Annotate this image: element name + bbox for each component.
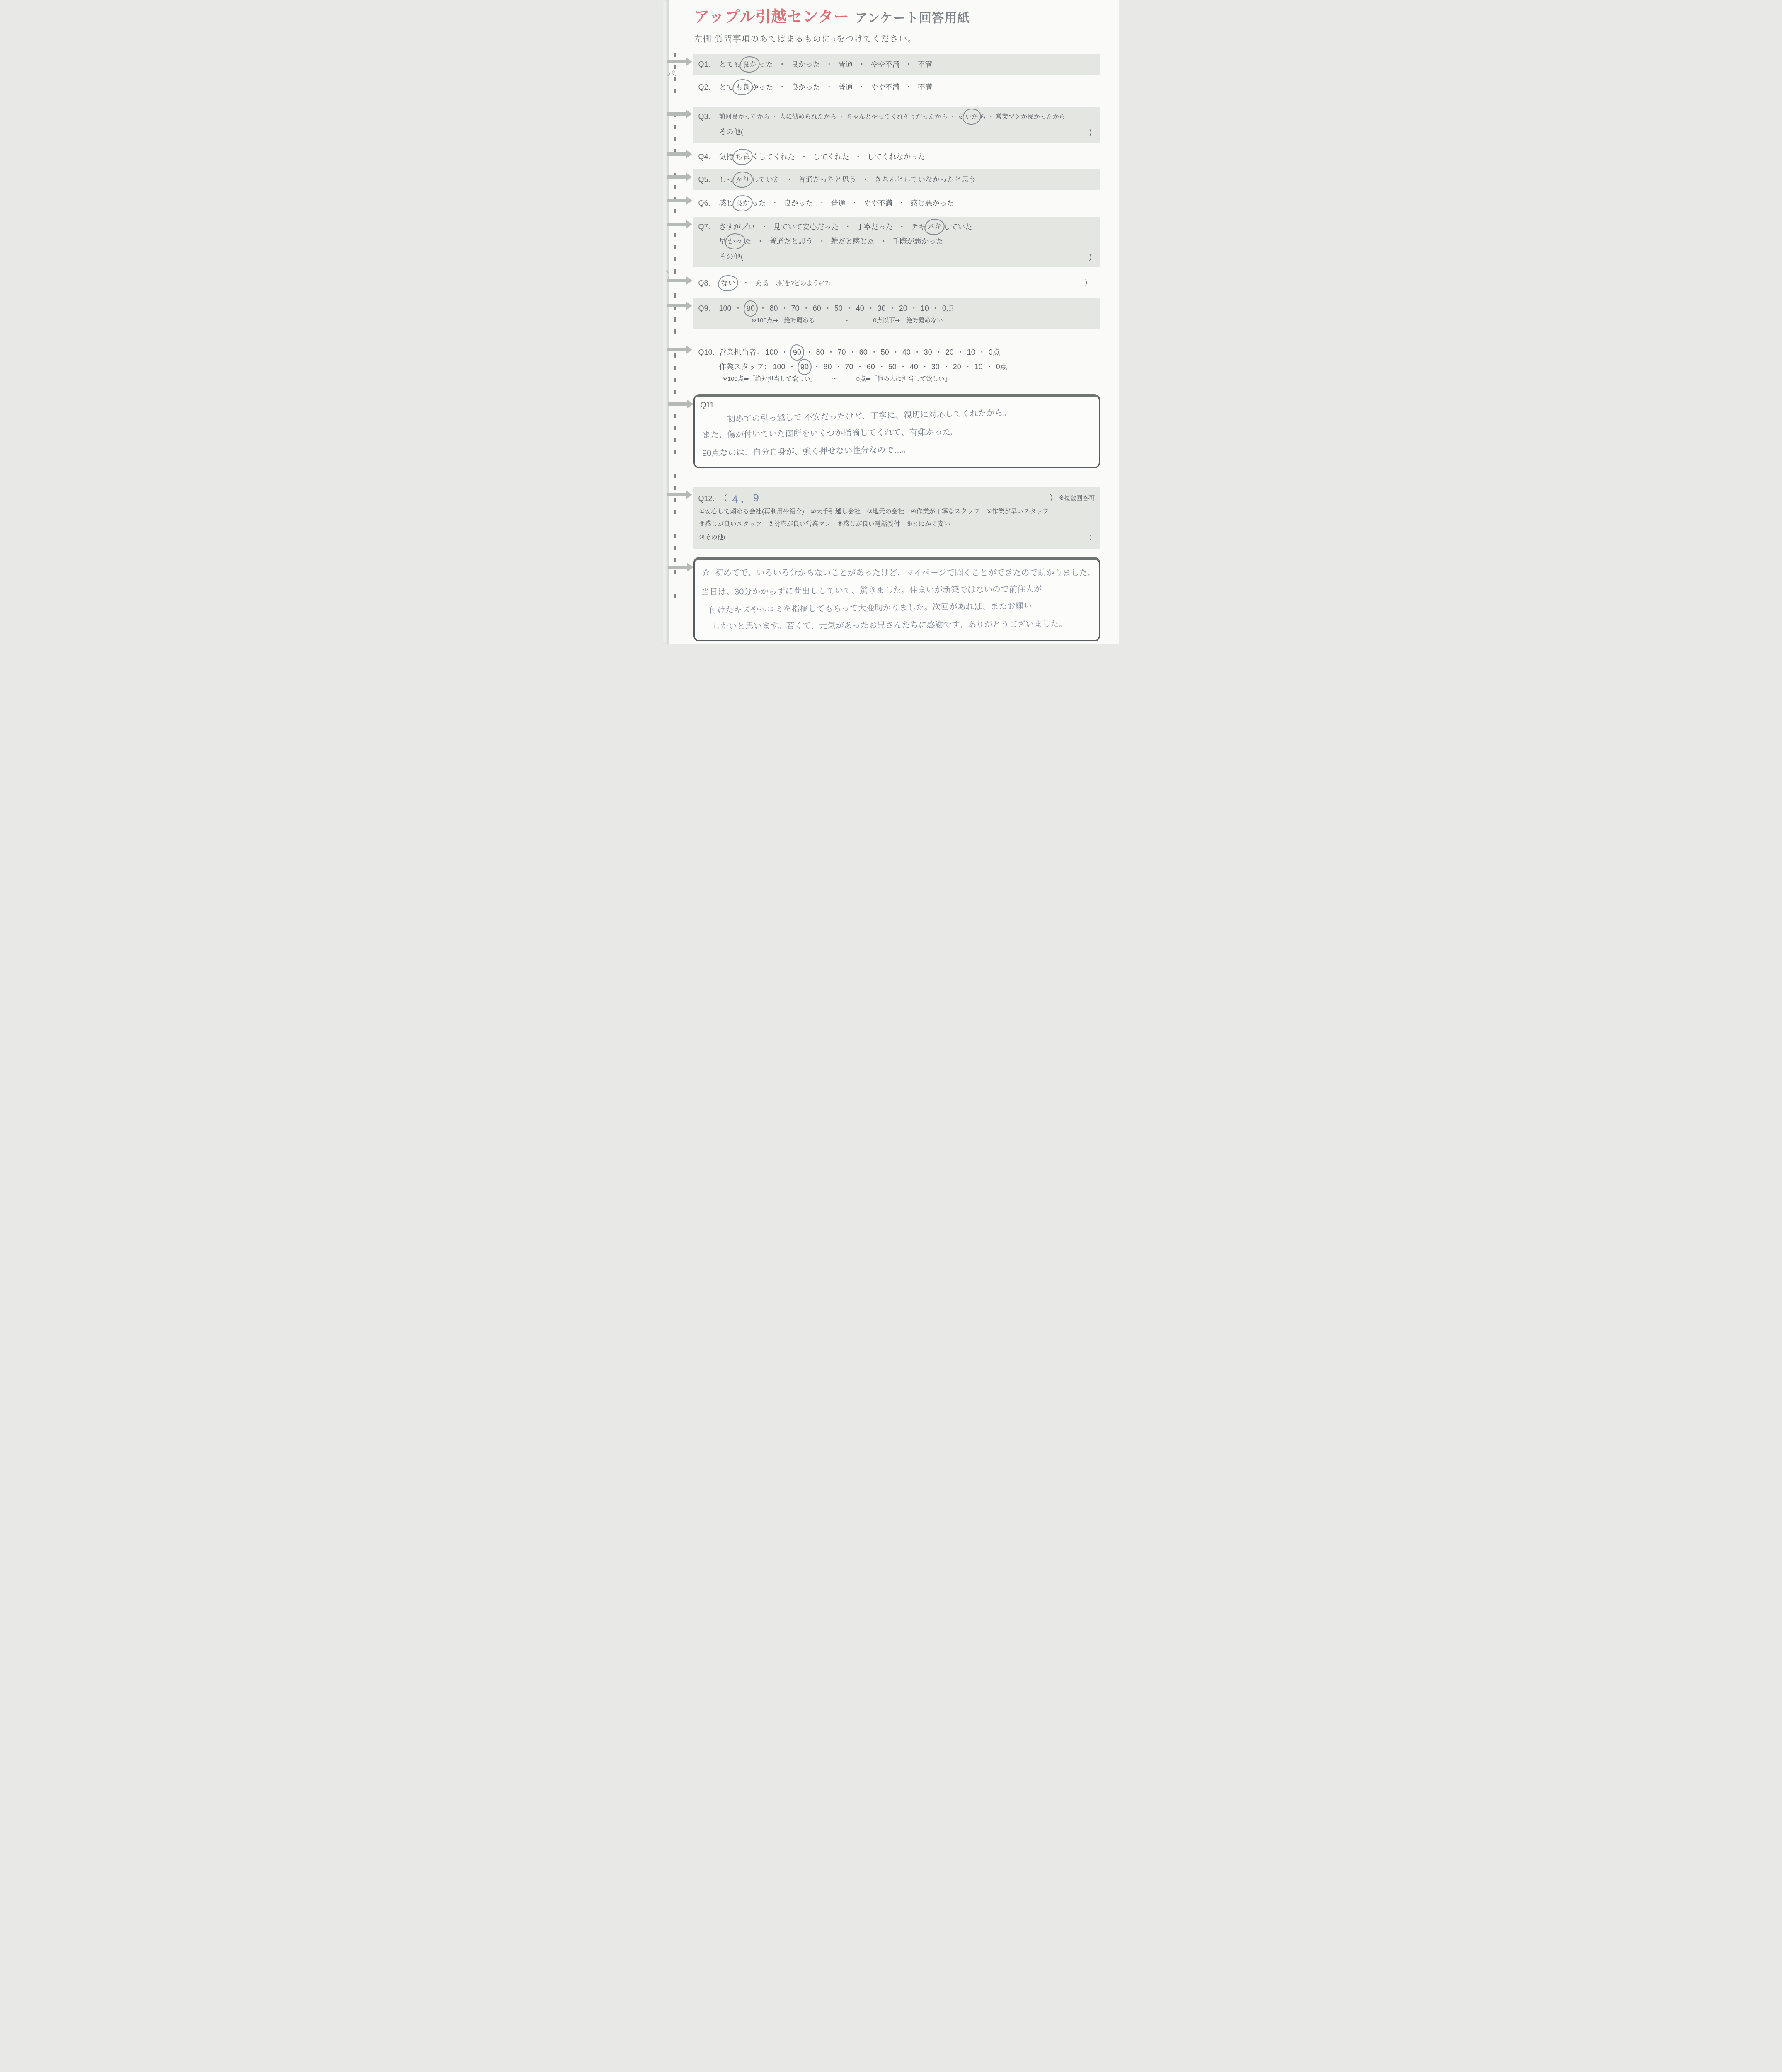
dot-separator: ・ [905, 60, 913, 68]
arrow-icon [667, 152, 686, 156]
perforation-dash [674, 366, 676, 370]
perforation-dash [674, 209, 676, 213]
handwritten-circle: パキ [924, 218, 945, 236]
open-paren: （ [719, 491, 728, 506]
dot-separator: ・ [742, 279, 750, 287]
option-list: 感じ良かった・良かった・普通・やや不満・感じ悪かった [719, 196, 954, 211]
perforation-dash [674, 534, 676, 538]
perforation-dash [674, 414, 676, 418]
dot-separator: ・ [788, 363, 796, 371]
perforation-dash [674, 510, 676, 514]
perforation-dash [674, 378, 676, 382]
score-row-label: 作業スタッフ： [719, 361, 771, 373]
perforation-dash [674, 498, 676, 502]
dot-separator: ・ [932, 304, 939, 312]
perforation-dash [674, 245, 676, 249]
question-q12: Q12. （ 4，9 ） ※複数回答可 ①安心して頼める会社(再利用や紹介) ②… [693, 487, 1100, 549]
handwritten-circle: 良か [739, 56, 760, 73]
question-number: Q10. [698, 346, 719, 359]
handwritten-circle: かっ [724, 232, 746, 250]
dot-separator: ・ [870, 348, 878, 356]
other-option: ⑩その他( [699, 530, 726, 545]
survey-sheet: ペ キリ アップル引越センターアンケート回答用紙 左側 質問事項のあてはまるもの… [663, 0, 1119, 644]
questions-list: Q1.とても良かった・良かった・普通・やや不満・不満Q2.とても良かった・良かっ… [693, 54, 1100, 387]
dot-separator: ・ [988, 113, 994, 120]
arrow-icon [667, 60, 686, 63]
option-list: 100・90・80・70・60・50・40・30・20・10・0点 [719, 301, 954, 316]
dot-separator: ・ [851, 199, 858, 207]
option-list: しっかりしていた・普通だったと思う・きちんとしていなかったと思う [719, 172, 976, 187]
question-number: Q11. [701, 401, 721, 409]
dot-separator: ・ [978, 348, 986, 356]
handwritten-circle: 90 [743, 300, 758, 317]
question-q8: Q8.ない・ある（何を?どのように?:） [693, 273, 1100, 293]
dot-separator: ・ [949, 113, 955, 120]
perforation-dash [674, 353, 676, 358]
question-number: Q1. [698, 58, 719, 71]
instruction-text: 左側 質問事項のあてはまるものに○をつけてください。 [694, 32, 1100, 44]
dot-separator: ・ [827, 348, 835, 356]
perforation-dash [674, 137, 676, 141]
close-paren: ) [1089, 530, 1091, 545]
dot-separator: ・ [781, 304, 788, 312]
other-option: その他( [719, 124, 743, 140]
dot-separator: ・ [878, 363, 885, 371]
dot-separator: ・ [856, 363, 864, 371]
header: アップル引越センターアンケート回答用紙 左側 質問事項のあてはまるものに○をつけ… [693, 8, 1100, 44]
arrow-icon [667, 223, 686, 226]
dot-separator: ・ [826, 60, 833, 68]
question-number: Q8. [698, 277, 719, 290]
close-paren: ） [1084, 277, 1092, 290]
dot-separator: ・ [858, 83, 866, 91]
dot-separator: ・ [800, 152, 808, 161]
perforation-dash [674, 474, 676, 478]
form-title: アンケート回答用紙 [855, 11, 970, 25]
dot-separator: ・ [898, 223, 906, 231]
question-number: Q12. [698, 491, 719, 506]
handwritten-note-line: したいと思います。若くて、元気があったお兄さんたちに感謝です。ありがとうございま… [701, 615, 1092, 636]
handwritten-comment-line: 初めての引っ越しで 不安だったけど、丁寧に、親切に対応してくれたから。 [727, 404, 1092, 424]
dot-separator: ・ [855, 152, 862, 161]
question-q6: Q6.感じ良かった・良かった・普通・やや不満・感じ悪かった [693, 193, 1100, 213]
dot-separator: ・ [786, 175, 793, 184]
handwritten-circle: 90 [789, 344, 805, 361]
option-list: 100・90・80・70・60・50・40・30・20・10・0点 [773, 360, 1008, 374]
close-paren: ) [1089, 249, 1092, 264]
dot-separator: ・ [986, 363, 993, 371]
option-list: とても良かった・良かった・普通・やや不満・不満 [719, 80, 933, 94]
score-scale-note: ※100点➡「絶対担当して欲しい」 ～ 0点➡「他の人に担当して欲しい」 [722, 374, 951, 385]
dot-separator: ・ [835, 363, 842, 371]
dot-separator: ・ [761, 223, 768, 231]
handwritten-circle: かり [732, 171, 753, 189]
other-option: その他( [719, 249, 743, 264]
dot-separator: ・ [826, 83, 833, 91]
detail-prompt: （何を?どのように?: [772, 277, 830, 290]
dot-separator: ・ [935, 348, 943, 356]
dot-separator: ・ [757, 237, 764, 245]
question-number: Q5. [698, 173, 719, 186]
dot-separator: ・ [838, 113, 844, 120]
perforation-dash [674, 594, 676, 598]
handwritten-note-line: 初めてで、いろいろ分からないことがあったけど、マイページで聞くことができたので助… [715, 569, 1096, 578]
dot-separator: ・ [803, 304, 810, 312]
question-number: Q3. [698, 110, 719, 123]
perforation-dash [674, 558, 676, 562]
q12-options-line: ⑥感じが良いスタッフ ⑦対応が良い営業マン ⑧感じが良い電話受付 ⑨とにかく安い [699, 518, 1095, 530]
question-number: Q7. [698, 220, 719, 233]
arrow-icon [667, 279, 686, 282]
perforation-dash [674, 390, 676, 394]
option-list: とても良かった・良かった・普通・やや不満・不満 [719, 57, 933, 72]
handwritten-circle: も良 [732, 78, 753, 96]
dot-separator: ・ [905, 83, 913, 91]
dot-separator: ・ [914, 348, 921, 356]
option-list: 前回良かったから・人に勧められたから・ちゃんとやってくれそうだったから・安いから… [719, 109, 1066, 124]
perforation-dash [674, 317, 676, 322]
question-q9: Q9.100・90・80・70・60・50・40・30・20・10・0点※100… [693, 298, 1100, 329]
perforation-dash [674, 426, 676, 430]
close-paren: ) [1089, 124, 1092, 140]
arrow-icon [668, 402, 687, 406]
perforation-dash [674, 233, 676, 237]
dot-separator: ・ [771, 199, 779, 207]
arrow-icon [667, 348, 686, 351]
dot-separator: ・ [778, 60, 786, 68]
dot-separator: ・ [910, 304, 918, 312]
dot-separator: ・ [818, 199, 826, 207]
dot-separator: ・ [889, 304, 896, 312]
arrow-icon [667, 112, 686, 116]
perforation-dash [674, 570, 676, 574]
score-scale-note: ※100点➡「絶対薦める」 ～ 0点以下➡「絶対薦めない」 [752, 316, 949, 326]
handwritten-circle: 良か [732, 194, 753, 212]
arrow-icon [668, 566, 687, 569]
page-title: アップル引越センターアンケート回答用紙 [694, 8, 1100, 27]
handwritten-comment-line: 90点なのは、自分自身が、強く押せない性分なので…。 [702, 440, 1092, 458]
question-q5: Q5.しっかりしていた・普通だったと思う・きちんとしていなかったと思う [693, 169, 1100, 190]
option-list: ない・ある [719, 276, 770, 290]
brand-logo: アップル引越センター [694, 8, 849, 25]
dot-separator: ・ [818, 237, 826, 245]
handwritten-circle: いか [962, 108, 982, 126]
dot-separator: ・ [892, 348, 899, 356]
perforation-dash [674, 329, 676, 334]
dot-separator: ・ [778, 83, 786, 91]
free-comment-box: ☆初めてで、いろいろ分からないことがあったけど、マイページで聞くことができたので… [693, 557, 1100, 641]
dot-separator: ・ [735, 304, 742, 312]
dot-separator: ・ [858, 60, 866, 68]
perforation-dash [674, 89, 676, 93]
dot-separator: ・ [899, 363, 907, 371]
arrow-icon [667, 199, 686, 202]
dot-separator: ・ [898, 199, 905, 207]
perforation-dash [674, 546, 676, 550]
dot-separator: ・ [781, 348, 788, 356]
arrow-icon [667, 493, 686, 496]
question-number: Q6. [698, 197, 719, 210]
handwritten-circle: 90 [797, 358, 812, 376]
perforation-dash [674, 257, 676, 261]
dot-separator: ・ [880, 237, 887, 245]
option-list: さすがプロ・見ていて安心だった・丁寧だった・テキパキしていた [719, 220, 972, 234]
dot-separator: ・ [943, 363, 950, 371]
dot-separator: ・ [771, 113, 778, 120]
option-list: 早かった・普通だと思う・雑だと感じた・手際が悪かった [719, 234, 943, 249]
torn-paper-edge [663, 0, 669, 644]
perforation-dash [674, 438, 676, 442]
handwritten-circle: ち良 [732, 148, 753, 166]
dot-separator: ・ [824, 304, 832, 312]
question-number: Q2. [698, 81, 719, 94]
perforation-dash [674, 486, 676, 490]
question-q4: Q4.気持ち良くしてくれた・してくれた・してくれなかった [693, 147, 1100, 167]
dot-separator: ・ [759, 304, 767, 312]
handwritten-answer: 4，9 [731, 491, 761, 507]
perforation-dash [674, 293, 676, 298]
handwritten-circle: ない [717, 274, 739, 292]
perforation-dash [674, 269, 676, 274]
dot-separator: ・ [844, 223, 851, 231]
dot-separator: ・ [921, 363, 929, 371]
question-q11: Q11. 初めての引っ越しで 不安だったけど、丁寧に、親切に対応してくれたから。… [693, 394, 1100, 468]
option-list: 気持ち良くしてくれた・してくれた・してくれなかった [719, 150, 926, 164]
multi-answer-note: ※複数回答可 [1059, 491, 1095, 506]
perforation-dash [674, 185, 676, 189]
dot-separator: ・ [867, 304, 875, 312]
score-row-label: 営業担当者： [719, 346, 764, 359]
arrow-icon [667, 175, 686, 179]
option-list: 100・90・80・70・60・50・40・30・20・10・0点 [766, 345, 1000, 360]
dot-separator: ・ [862, 175, 869, 184]
perforation-dash [674, 53, 676, 57]
perforation-dash [674, 125, 676, 129]
dot-separator: ・ [813, 363, 821, 371]
star-icon: ☆ [701, 566, 711, 578]
dot-separator: ・ [957, 348, 964, 356]
q12-options-line: ①安心して頼める会社(再利用や紹介) ②大手引越し会社 ③地元の会社 ④作業が丁… [699, 506, 1095, 518]
question-q1: Q1.とても良かった・良かった・普通・やや不満・不満 [693, 54, 1100, 75]
perforation-dash [674, 450, 676, 454]
question-q3: Q3.前回良かったから・人に勧められたから・ちゃんとやってくれそうだったから・安… [693, 107, 1100, 143]
dot-separator: ・ [846, 304, 853, 312]
dot-separator: ・ [964, 363, 972, 371]
question-q2: Q2.とても良かった・良かった・普通・やや不満・不満 [693, 77, 1100, 97]
handwritten-comment-line: また、傷が付いていた箇所をいくつか指摘してくれて、有難かった。 [702, 423, 1092, 440]
arrow-icon [667, 304, 686, 307]
question-number: Q9. [698, 302, 719, 315]
dot-separator: ・ [806, 348, 813, 356]
close-paren: ） [1049, 491, 1058, 506]
question-number: Q4. [698, 150, 719, 163]
question-q10: Q10.営業担当者：100・90・80・70・60・50・40・30・20・10… [693, 342, 1100, 387]
question-q7: Q7.さすがプロ・見ていて安心だった・丁寧だった・テキパキしていた早かった・普通… [693, 217, 1100, 267]
dot-separator: ・ [849, 348, 856, 356]
